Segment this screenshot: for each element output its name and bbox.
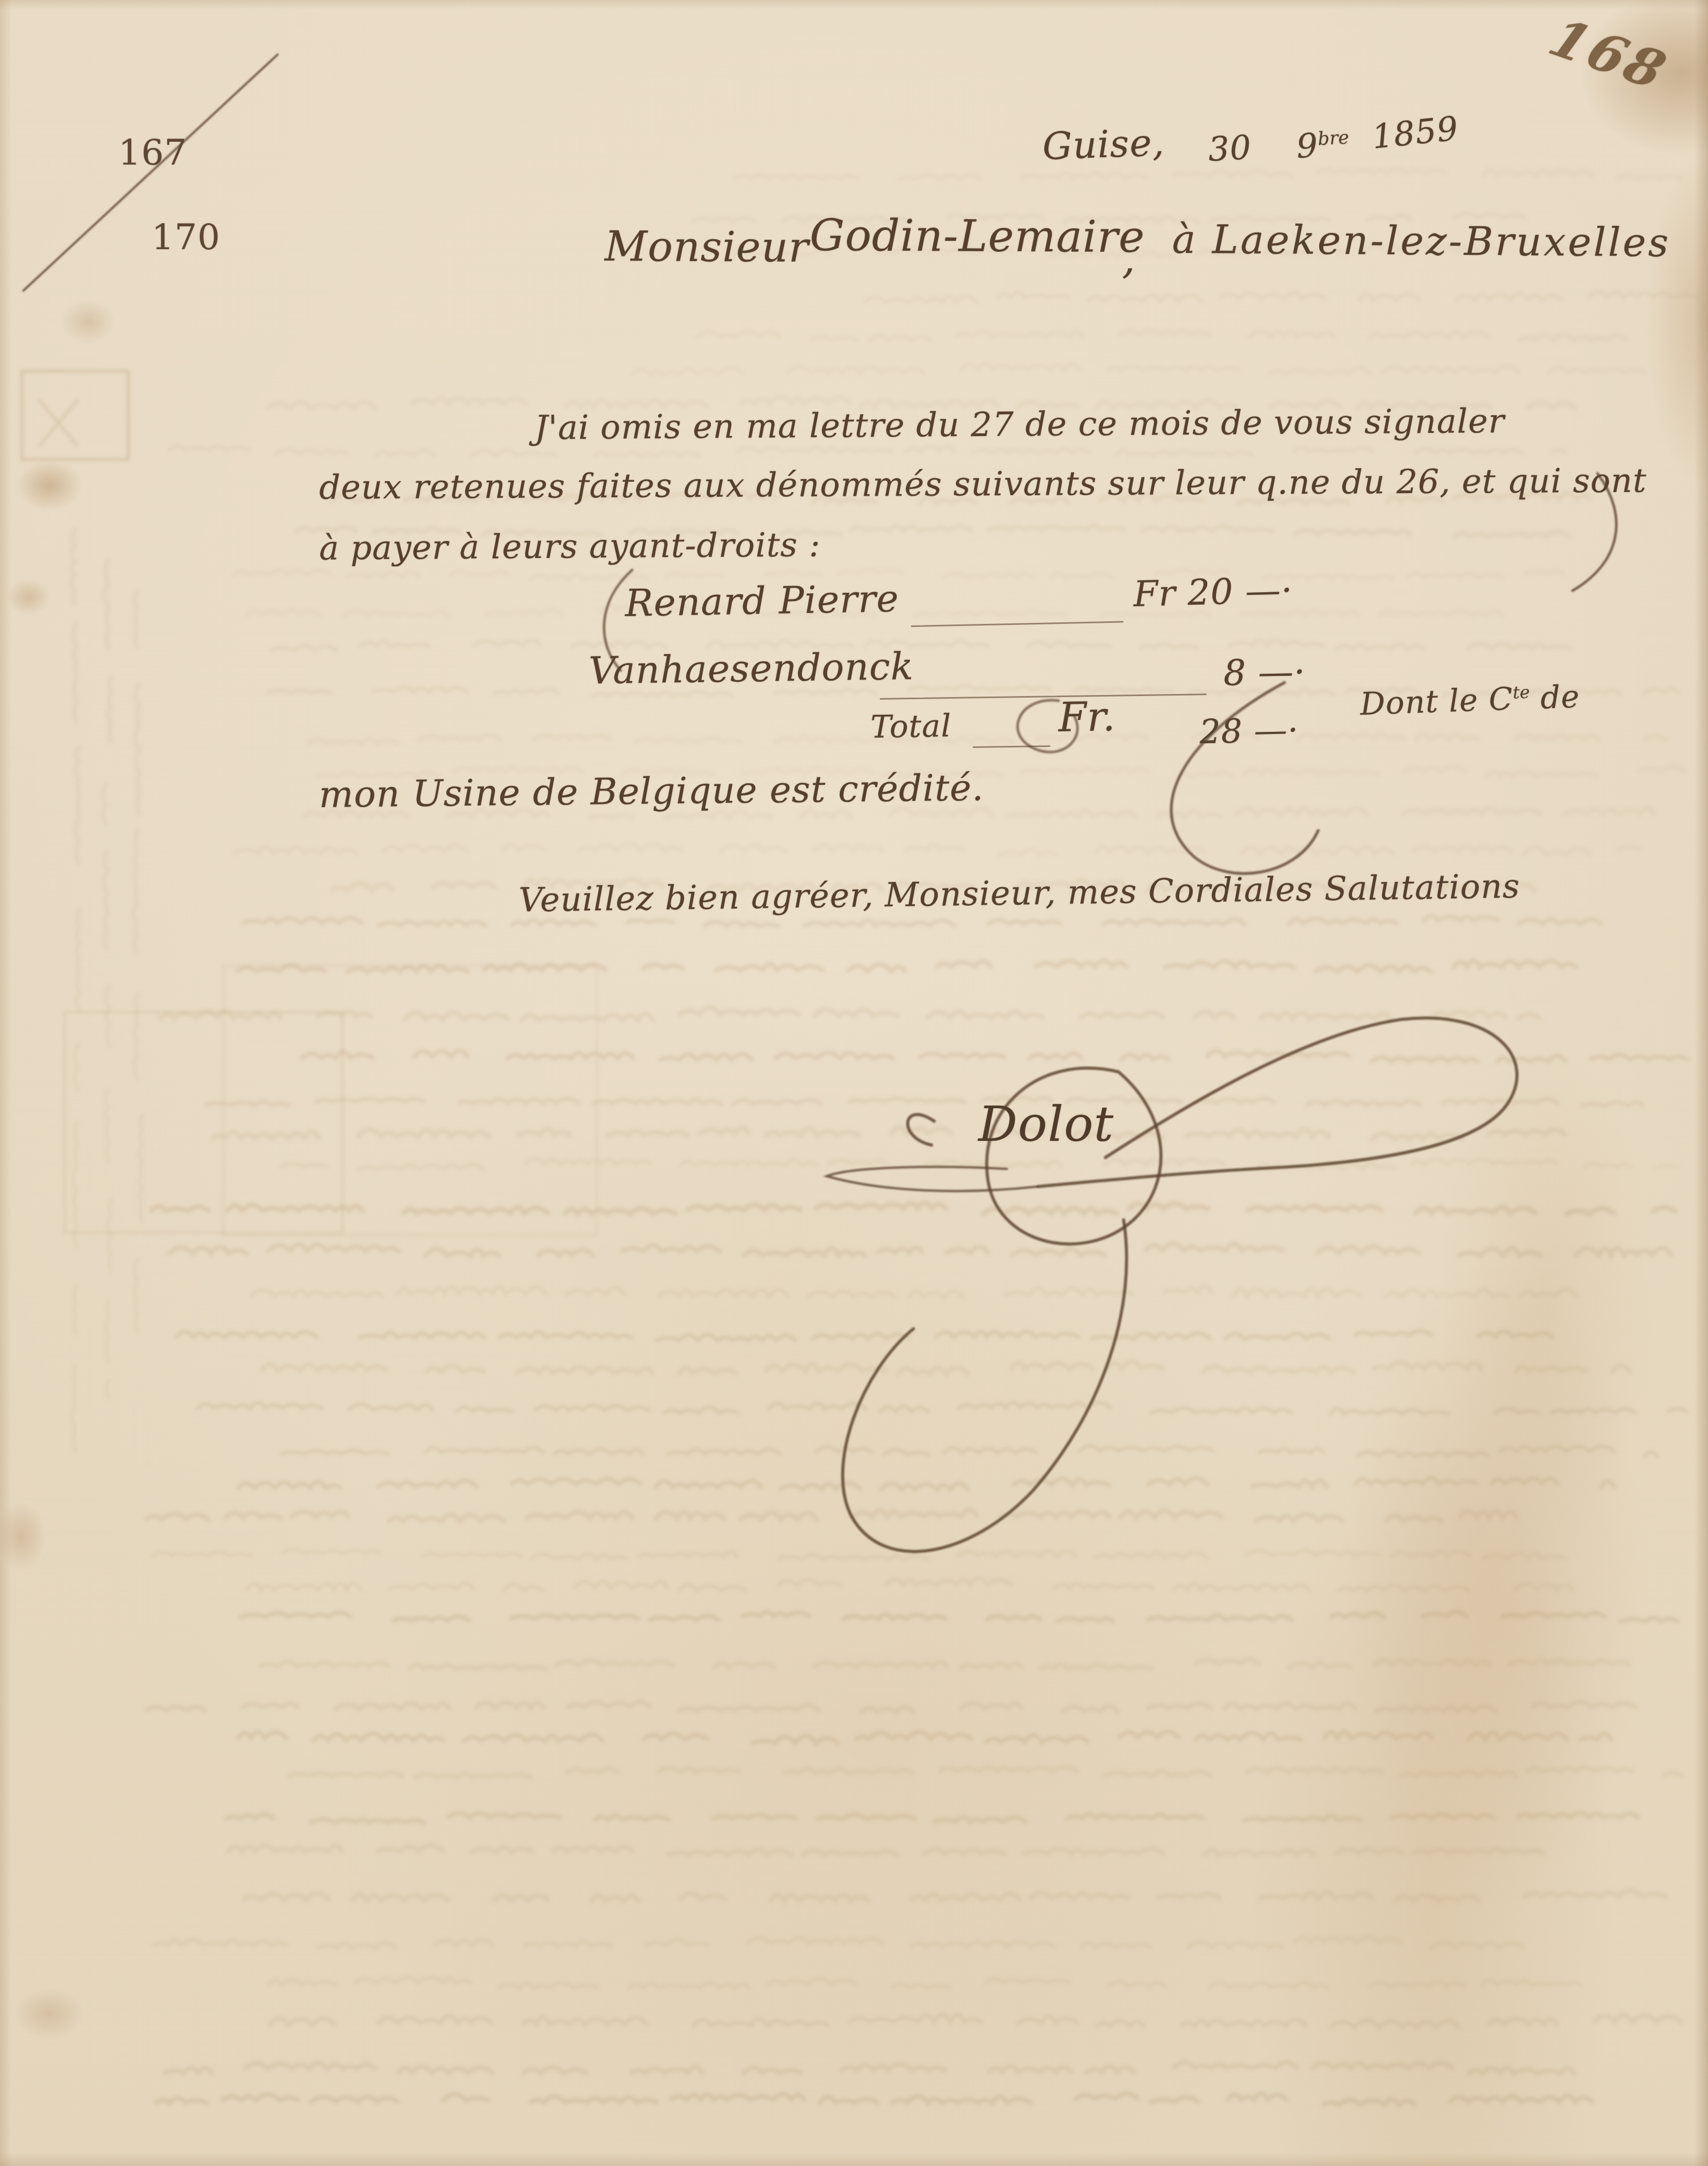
retenue-row-amount: Fr 20 —·	[1133, 570, 1293, 615]
recipient-comma: ,	[1122, 235, 1136, 283]
dateline-place: Guise,	[1042, 120, 1165, 168]
dateline-month-superscript: bre	[1317, 127, 1349, 149]
total-note-line-1: Dont le Cte de	[1360, 678, 1581, 723]
dateline-day: 30	[1207, 129, 1252, 169]
total-note-superscript: te	[1512, 682, 1530, 703]
dateline-month: 9bre	[1295, 125, 1350, 166]
recipient-name: Godin-Lemaire	[810, 210, 1145, 262]
signature-name: Dolot	[978, 1096, 1114, 1153]
retenue-row-name: Renard Pierre	[625, 577, 899, 625]
retenue-row-name: Vanhaesendonck	[589, 644, 914, 692]
body-line-1: J'ai omis en ma lettre du 27 de ce mois …	[534, 402, 1505, 447]
aged-paper-background	[0, 0, 1708, 2166]
folio-fraction-numerator: 167	[118, 132, 187, 173]
recipient-honorific: Monsieur	[605, 222, 809, 271]
total-note-line-2: mon Usine de Belgique est crédité.	[319, 767, 984, 816]
retenue-row-amount: 8 —·	[1223, 651, 1306, 694]
letter-scan-page: { "document": { "folio_stamp": "168", "f…	[0, 0, 1708, 2166]
body-line-2: deux retenues faites aux dénommés suivan…	[319, 462, 1647, 507]
total-amount: 28 —·	[1199, 711, 1299, 752]
body-line-3: à payer à leurs ayant-droits :	[319, 526, 821, 568]
folio-fraction-denominator: 170	[152, 217, 221, 258]
recipient-location: à Laeken-lez-Bruxelles	[1172, 216, 1671, 266]
total-currency: Fr.	[1058, 693, 1116, 741]
total-label: Total	[870, 708, 952, 745]
